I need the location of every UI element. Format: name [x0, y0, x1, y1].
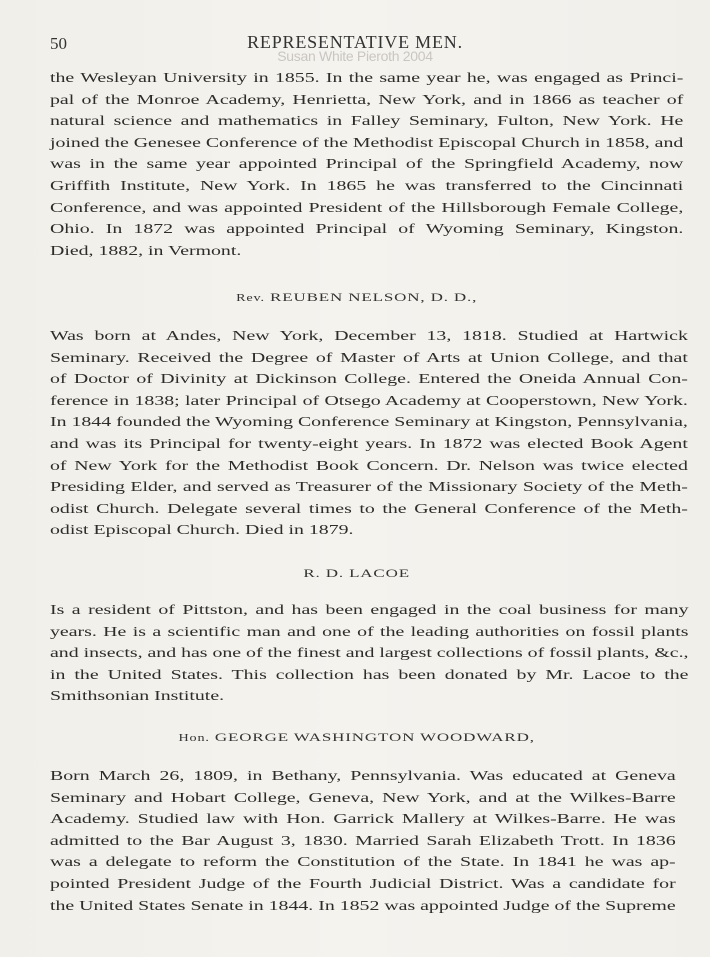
text-line: Was born at Andes, New York, December 13… — [50, 326, 688, 348]
section-heading-reuben-nelson: Rev. REUBEN NELSON, D. D., — [50, 290, 663, 305]
text-line: was in the same year appointed Principal… — [50, 154, 683, 176]
text-line: pal of the Monroe Academy, Henrietta, Ne… — [50, 90, 683, 112]
text-line: Born March 26, 1809, in Bethany, Pennsyl… — [50, 766, 676, 788]
text-line: the United States Senate in 1844. In 185… — [50, 896, 676, 918]
text-line: Died, 1882, in Vermont. — [50, 241, 683, 263]
paragraph-lacoe: Is a resident of Pittston, and has been … — [50, 600, 688, 708]
text-line: and was its Principal for twenty-eight y… — [50, 434, 688, 456]
text-line: the Wesleyan University in 1855. In the … — [50, 68, 683, 90]
text-line: natural science and mathematics in Falle… — [50, 111, 683, 133]
text-line: years. He is a scientific man and one of… — [50, 622, 688, 644]
text-line: Conference, and was appointed President … — [50, 198, 683, 220]
text-line: was a delegate to reform the Constitutio… — [50, 852, 676, 874]
text-line: ference in 1838; later Principal of Otse… — [50, 391, 688, 413]
section-heading-woodward: Hon. GEORGE WASHINGTON WOODWARD, — [50, 730, 663, 745]
text-line: pointed President Judge of the Fourth Ju… — [50, 874, 676, 896]
text-line: Presiding Elder, and served as Treasurer… — [50, 477, 688, 499]
title-name: GEORGE WASHINGTON WOODWARD, — [215, 730, 535, 744]
text-line: odist Church. Delegate several times to … — [50, 499, 688, 521]
title-name: R. D. LACOE — [303, 566, 410, 580]
text-line: admitted to the Bar August 3, 1830. Marr… — [50, 831, 676, 853]
text-line: Academy. Studied law with Hon. Garrick M… — [50, 809, 676, 831]
text-line: Smithsonian Institute. — [50, 686, 688, 708]
text-line: In 1844 founded the Wyoming Conference S… — [50, 412, 688, 434]
paragraph-wesleyan-continued: the Wesleyan University in 1855. In the … — [50, 68, 683, 262]
book-page: 50 REPRESENTATIVE MEN. Susan White Piero… — [0, 0, 710, 957]
title-prefix: Hon. — [178, 733, 209, 744]
text-line: Is a resident of Pittston, and has been … — [50, 600, 688, 622]
text-line: Seminary. Received the Degree of Master … — [50, 348, 688, 370]
text-line: odist Episcopal Church. Died in 1879. — [50, 520, 688, 542]
title-prefix: Rev. — [236, 293, 265, 304]
paragraph-reuben-nelson: Was born at Andes, New York, December 13… — [50, 326, 688, 542]
text-line: in the United States. This collection ha… — [50, 665, 688, 687]
text-line: Ohio. In 1872 was appointed Principal of… — [50, 219, 683, 241]
section-heading-lacoe: R. D. LACOE — [50, 566, 663, 581]
text-line: and insects, and has one of the finest a… — [50, 643, 688, 665]
title-name: REUBEN NELSON, D. D., — [270, 290, 477, 304]
paragraph-woodward: Born March 26, 1809, in Bethany, Pennsyl… — [50, 766, 676, 917]
text-line: of Doctor of Divinity at Dickinson Colle… — [50, 369, 688, 391]
text-line: of New York for the Methodist Book Conce… — [50, 456, 688, 478]
text-line: Seminary and Hobart College, Geneva, New… — [50, 788, 676, 810]
text-line: joined the Genesee Conference of the Met… — [50, 133, 683, 155]
watermark: Susan White Pieroth 2004 — [0, 48, 710, 64]
text-line: Griffith Institute, New York. In 1865 he… — [50, 176, 683, 198]
